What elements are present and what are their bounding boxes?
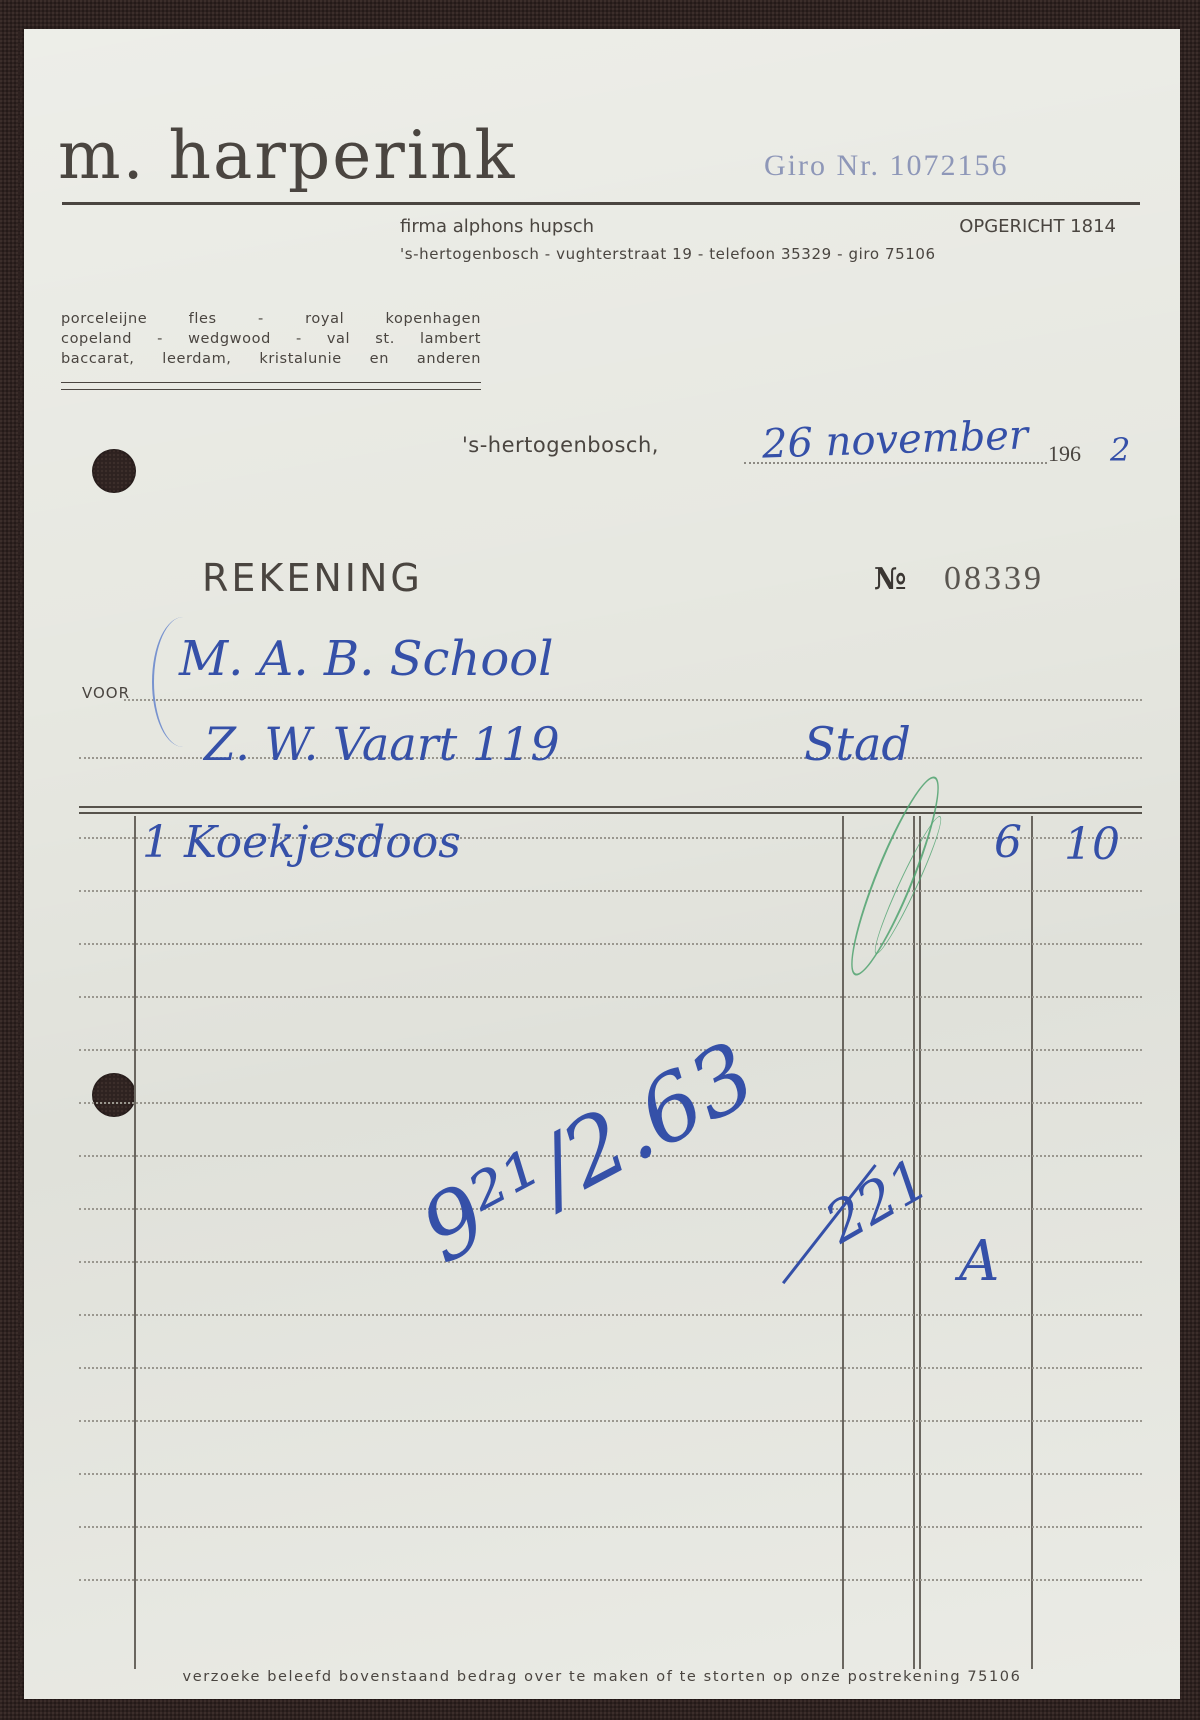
brands-double-rule bbox=[61, 382, 481, 390]
giro-stamp: Giro Nr. 1072156 bbox=[764, 149, 1009, 183]
header-rule bbox=[62, 202, 1140, 205]
year-printed: 196 bbox=[1048, 441, 1081, 467]
table-top-rule bbox=[79, 812, 1142, 814]
table-row-line bbox=[79, 1314, 1142, 1316]
payment-instruction-footer: verzoeke beleefd bovenstaand bedrag over… bbox=[24, 1669, 1180, 1685]
invoice-number: 08339 bbox=[944, 560, 1044, 598]
recipient-street: Z. W. Vaart 119 bbox=[204, 717, 560, 771]
green-paraph-mark bbox=[837, 770, 952, 983]
address-line: 's-hertogenbosch - vughterstraat 19 - te… bbox=[400, 245, 936, 263]
company-name: m. harperink bbox=[58, 123, 516, 189]
punch-hole-top bbox=[92, 449, 136, 493]
line-item-description: 1 Koekjesdoos bbox=[142, 817, 461, 868]
table-row-line bbox=[79, 1526, 1142, 1528]
brands-line: baccarat, leerdam, kristalunie en andere… bbox=[61, 349, 481, 369]
founded-year: OPGERICHT 1814 bbox=[959, 216, 1116, 237]
number-sign: № bbox=[874, 562, 907, 597]
brands-line: copeland - wedgwood - val st. lambert bbox=[61, 329, 481, 349]
table-row-line bbox=[79, 1049, 1142, 1051]
brands-line: porceleijne fles - royal kopenhagen bbox=[61, 309, 481, 329]
table-row-line bbox=[79, 1473, 1142, 1475]
punch-hole-bottom bbox=[92, 1073, 136, 1117]
table-row-line bbox=[79, 1208, 1142, 1210]
brands-list: porceleijne fles - royal kopenhagen cope… bbox=[61, 309, 481, 369]
line-item-cents: 10 bbox=[1064, 819, 1120, 870]
code-number-annotation: 221 bbox=[815, 1147, 940, 1257]
perforated-edge bbox=[18, 29, 30, 1699]
table-row-line bbox=[79, 890, 1142, 892]
recipient-label: VOOR bbox=[82, 684, 130, 702]
paid-date-annotation: 9²¹/2.63 bbox=[405, 1022, 772, 1284]
recipient-dotted-line bbox=[124, 699, 1142, 701]
handwritten-date: 26 november bbox=[761, 412, 1029, 467]
firm-line: firma alphons hupsch bbox=[400, 216, 594, 237]
recipient-city: Stad bbox=[804, 717, 911, 771]
line-item-amount: 6 bbox=[994, 817, 1022, 868]
table-row-line bbox=[79, 943, 1142, 945]
table-row-line bbox=[79, 1420, 1142, 1422]
date-city: 's-hertogenbosch, bbox=[462, 433, 659, 457]
document-title: REKENING bbox=[202, 556, 423, 600]
table-row-line bbox=[79, 1579, 1142, 1581]
table-row-line bbox=[79, 1367, 1142, 1369]
recipient-name: M. A. B. School bbox=[179, 631, 553, 687]
table-row-line bbox=[79, 996, 1142, 998]
invoice-paper: m. harperink Giro Nr. 1072156 firma alph… bbox=[24, 29, 1180, 1699]
code-letter-annotation: A bbox=[959, 1229, 999, 1294]
year-handwritten: 2 bbox=[1110, 431, 1130, 469]
table-top-rule bbox=[79, 806, 1142, 808]
